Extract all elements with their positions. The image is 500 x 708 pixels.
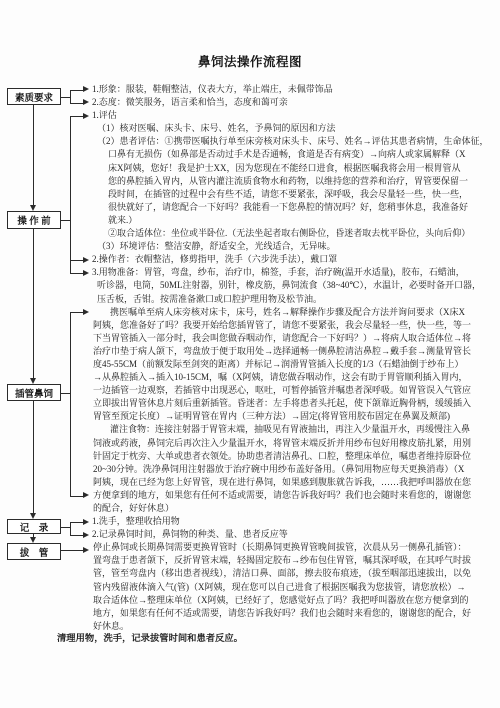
text-line-2: 2.态度：微笑服务，语言柔和恰当，态度和蔼可亲 [62, 96, 499, 109]
text-line-26: 胃管至预定长度）→证明胃管在胃内（三种方法）→固定(将胃管用胶布固定在鼻翼及颊部… [62, 410, 499, 423]
text-line-33: 的配合，好好休息） [62, 502, 499, 515]
text-line-42: 好休息。 [62, 620, 499, 633]
text-line-12: ②取合适体位：坐位或半卧位.（无法坐起者取右侧卧位，昏迷者取去枕平卧位，头向后仰… [62, 227, 499, 240]
text-line-5: （2）患者评估：①携带医嘱执行单至床旁核对床头卡、床号、姓名→评估其患者病情，生… [62, 135, 499, 148]
text-line-16: 听诊器，电筒，50ML注射器，别针，橡皮筋，鼻饲流食（38~40℃），水温计，必… [62, 279, 499, 292]
flow-box-preop: 操 作 前 [7, 211, 61, 229]
stage-connector-quality [33, 105, 34, 205]
text-line-36: 停止鼻饲或长期鼻饲需要更换胃管时（长期鼻饲更换胃管晚间拔管，次晨从另一侧鼻孔插管… [62, 541, 499, 554]
text-line-10: 很快就好了，请您配合一下好吗？我能看一下您鼻腔的情况吗？好，您稍事休息，我准备好 [62, 201, 499, 214]
text-line-13: （3）环境评估：整洁安静，舒适安全，光线适合，无异味。 [62, 240, 499, 253]
arrow-down-icon [30, 205, 36, 211]
stage-connector-preop [33, 229, 34, 378]
text-line-23: →从鼻腔插入→插入10-15CM，嘱（X阿姨，请您做吞咽动作，这会有助于胃管顺利… [62, 371, 499, 384]
text-line-27: 灌注食物：连接注射器于胃管末端，抽吸见有胃液抽出，再注入少量温开水，再缓慢注入鼻 [62, 423, 499, 436]
text-line-32: 方便拿到的地方，如果您有任何不适或需要，请您告诉我好吗？我们也会随时来看您的，谢… [62, 489, 499, 502]
text-line-30: 20~30分钟。洗净鼻饲用注射器放于治疗碗中用纱布盖好备用。（鼻饲用物应每天更换… [62, 463, 499, 476]
flow-box-quality: 素质要求 [7, 88, 61, 105]
text-line-1: 1.形象：服装，鞋帽整洁，仪表大方，举止端庄，未佩带饰品 [62, 83, 499, 96]
text-line-24: 一边插管一边观察，若插管中出现恶心，呕吐，可暂停插管并嘱患者深呼吸。如胃管误入气… [62, 384, 499, 397]
text-line-4: （1）核对医嘱、床头卡、床号、姓名，予鼻饲的原因和方法 [62, 122, 499, 135]
text-line-6: 口鼻有无损伤（如鼻部是否动过手术是否通畅，食道是否有病变）→向病人或家属解释（X [62, 148, 499, 161]
arrow-down-icon [30, 513, 36, 519]
stage-connector-intubation [33, 401, 34, 513]
text-line-37: 置弯盘于患者颌下，反折胃管末端，轻揭固定胶布→纱布包住胃管，嘱其深呼吸，在其呼气… [62, 554, 499, 567]
text-line-17: 压舌板，舌钳。按需准备漱口或口腔护理用物及松节油。 [62, 293, 499, 306]
page-title: 鼻饲法操作流程图 [0, 52, 500, 70]
text-line-41: 地方，如果您有任何不适或需要，请您告诉我好吗？我们也会随时来看您的，谢谢您的配合… [62, 607, 499, 620]
text-line-40: 取合适体位→整理床单位（X阿姨，已经好了，您感觉好点了吗？我把呼叫器放在您方便拿… [62, 594, 499, 607]
text-line-8: 您的鼻腔插入胃内，从管内灌注流质食物水和药物，以维持您的营养和治疗，胃管要保留一 [62, 175, 499, 188]
text-line-3: 1.评估 [62, 109, 499, 122]
text-line-9: 段时间，在插管的过程中会有些不适，请您不要紧张，深呼吸，我会尽量轻一些，快一些， [62, 188, 499, 201]
text-line-14: 2.操作者：衣帽整洁，修剪指甲，洗手（六步洗手法），戴口罩 [62, 253, 499, 266]
text-line-38: 管，管至弯盘内（移出患者视线），清洁口鼻、面部，擦去胶布痕迹，（拔至咽部迅速拔出… [62, 567, 499, 580]
text-line-29: 针固定于枕旁、大单或患者衣领处。协助患者清洁鼻孔、口腔，整理床单位，嘱患者维持原… [62, 450, 499, 463]
flow-box-intubation: 插管鼻饲 [7, 384, 61, 401]
procedure-text: 1.形象：服装，鞋帽整洁，仪表大方，举止端庄，未佩带饰品2.态度：微笑服务，语言… [62, 83, 499, 646]
flow-box-record: 记 录 [7, 519, 61, 534]
text-line-7: 床X阿姨，您好！我是护士XX，因为您现在不能经口进食，根据医嘱我将会用一根胃管从 [62, 162, 499, 175]
footer-instruction: 清理用物，洗手，记录拔管时间和患者反应。 [57, 633, 499, 646]
text-line-19: 阿姨，您准备好了吗？我要开始给您插胃管了，请您不要紧张，我会尽量轻一些，快一些，… [62, 319, 499, 332]
text-line-25: 立即拔出胃管休息片刻后重新插管。昏迷者：左手将患者头托起，使下颌靠近胸骨柄，缓缓… [62, 397, 499, 410]
text-line-22: 度45-55CM（前额发际至剑突的距离）并标记→润滑胃管插入长度的1/3（石蜡油… [62, 358, 499, 371]
text-line-35: 2.记录鼻饲时间，鼻饲物的种类、量、患者反应等 [62, 528, 499, 541]
text-line-18: 携医嘱单至病人床旁核对床卡，床号，姓名→解释操作步骤及配合方法并询问要求（X床X [62, 306, 499, 319]
arrow-down-icon [30, 537, 36, 543]
text-line-28: 饲液或药液，鼻饲完后再次注入少量温开水，将胃管末端反折并用纱布包好用橡皮筋扎紧，… [62, 437, 499, 450]
text-line-11: 就来.） [62, 214, 499, 227]
text-line-31: 阿姨，现在已经为您上好胃管，现在进行鼻饲，如果感到腹胀就告诉我，……我把呼叫器放… [62, 476, 499, 489]
arrow-down-icon [30, 378, 36, 384]
document-page: 鼻饲法操作流程图 素质要求操 作 前插管鼻饲记 录拔 管 1.形象：服装，鞋帽整… [0, 0, 500, 708]
text-line-34: 1.洗手，整理收拾用物 [62, 515, 499, 528]
text-line-21: 治疗巾垫于病人颌下，弯盘放于便于取用处→选择通畅一侧鼻腔清洁鼻腔→戴手套→测量胃… [62, 345, 499, 358]
text-line-39: 管内残留液体滴入气(管)（X阿姨，现在您可以自己进食了根据医嘱我为您拔管，请您放… [62, 581, 499, 594]
text-line-20: 下当胃管插入一部分时，我会叫您做吞咽动作，请您配合一下好吗？）→将病人取合适体位… [62, 332, 499, 345]
text-line-15: 3.用物准备：胃管，弯盘，纱布，治疗巾，棉签，手套，治疗碗(温开水适量)，胶布，… [62, 266, 499, 279]
flow-box-extubation: 拔 管 [7, 543, 61, 560]
